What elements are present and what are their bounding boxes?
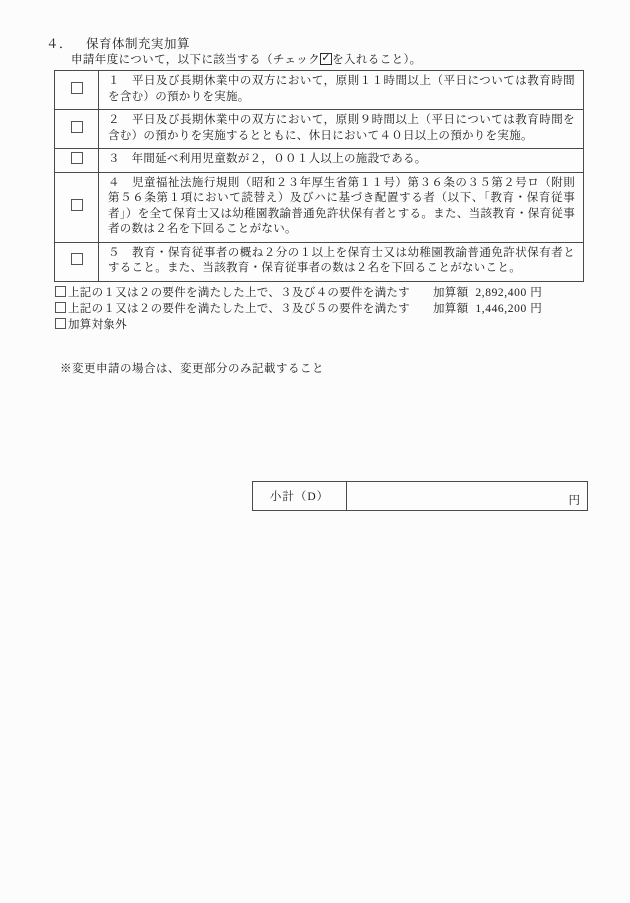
row-text-1: １ 平日及び長期休業中の双方において，原則１１時間以上（平日については教育時間を… — [99, 71, 584, 110]
row-text-5: ５ 教育・保育従事者の概ね２分の１以上を保育士又は幼稚園教諭普通免許状保有者とす… — [99, 242, 584, 281]
page-title: 保育体制充実加算 — [86, 37, 190, 51]
instruction-before: 申請年度について，以下に該当する（チェック — [71, 54, 320, 66]
table-row: ５ 教育・保育従事者の概ね２分の１以上を保育士又は幼稚園教諭普通免許状保有者とす… — [55, 242, 584, 281]
subtotal-label: 小計（D） — [253, 482, 347, 510]
subtotal-unit: 円 — [569, 492, 581, 508]
option-checkbox-1[interactable] — [55, 286, 66, 297]
addition-options: 上記の１又は２の要件を満たした上で、３及び４の要件を満たす 加算額 2,892,… — [55, 286, 595, 334]
row-checkbox-1[interactable] — [71, 82, 83, 94]
table-row: ４ 児童福祉法施行規則（昭和２３年厚生省第１１号）第３６条の３５第２号ロ（附則第… — [55, 172, 584, 242]
subtotal-value-cell[interactable]: 円 — [347, 482, 587, 510]
form-page: ４．保育体制充実加算 申請年度について，以下に該当する（チェック✓を入れること）… — [0, 0, 630, 903]
row-text-3: ３ 年間延べ利用児童数が２，００１人以上の施設である。 — [99, 149, 584, 173]
option-checkbox-2[interactable] — [55, 302, 66, 313]
row-checkbox-2[interactable] — [71, 121, 83, 133]
amount-value-2: 1,446,200 円 — [475, 302, 542, 318]
option-text-3: 加算対象外 — [68, 319, 127, 331]
instruction-after: を入れること）。 — [332, 54, 421, 66]
option-row-3: 加算対象外 — [55, 318, 595, 334]
option-row-2: 上記の１又は２の要件を満たした上で、３及び５の要件を満たす 加算額 1,446,… — [55, 302, 595, 318]
row-checkbox-4[interactable] — [71, 199, 83, 211]
checked-checkbox-icon: ✓ — [320, 53, 332, 65]
section-number: ４． — [46, 37, 72, 51]
option-checkbox-3[interactable] — [55, 318, 66, 329]
row-checkbox-5[interactable] — [71, 253, 83, 265]
row-text-2: ２ 平日及び長期休業中の双方において，原則９時間以上（平日については教育時間を含… — [99, 110, 584, 149]
amount-label-2: 加算額 — [433, 302, 468, 318]
amount-label-1: 加算額 — [433, 286, 468, 302]
subtotal-box: 小計（D） 円 — [252, 481, 588, 511]
option-text-1: 上記の１又は２の要件を満たした上で、３及び４の要件を満たす — [68, 287, 410, 299]
table-row: １ 平日及び長期休業中の双方において，原則１１時間以上（平日については教育時間を… — [55, 71, 584, 110]
change-note: ※変更申請の場合は、変更部分のみ記載すること — [60, 360, 324, 376]
section-header: ４．保育体制充実加算 — [46, 34, 190, 52]
instruction-text: 申請年度について，以下に該当する（チェック✓を入れること）。 — [71, 51, 422, 67]
table-row: ２ 平日及び長期休業中の双方において，原則９時間以上（平日については教育時間を含… — [55, 110, 584, 149]
criteria-table: １ 平日及び長期休業中の双方において，原則１１時間以上（平日については教育時間を… — [54, 70, 584, 282]
table-row: ３ 年間延べ利用児童数が２，００１人以上の施設である。 — [55, 149, 584, 173]
amount-value-1: 2,892,400 円 — [475, 286, 542, 302]
row-text-4: ４ 児童福祉法施行規則（昭和２３年厚生省第１１号）第３６条の３５第２号ロ（附則第… — [99, 172, 584, 242]
row-checkbox-3[interactable] — [71, 152, 83, 164]
option-row-1: 上記の１又は２の要件を満たした上で、３及び４の要件を満たす 加算額 2,892,… — [55, 286, 595, 302]
option-text-2: 上記の１又は２の要件を満たした上で、３及び５の要件を満たす — [68, 303, 410, 315]
